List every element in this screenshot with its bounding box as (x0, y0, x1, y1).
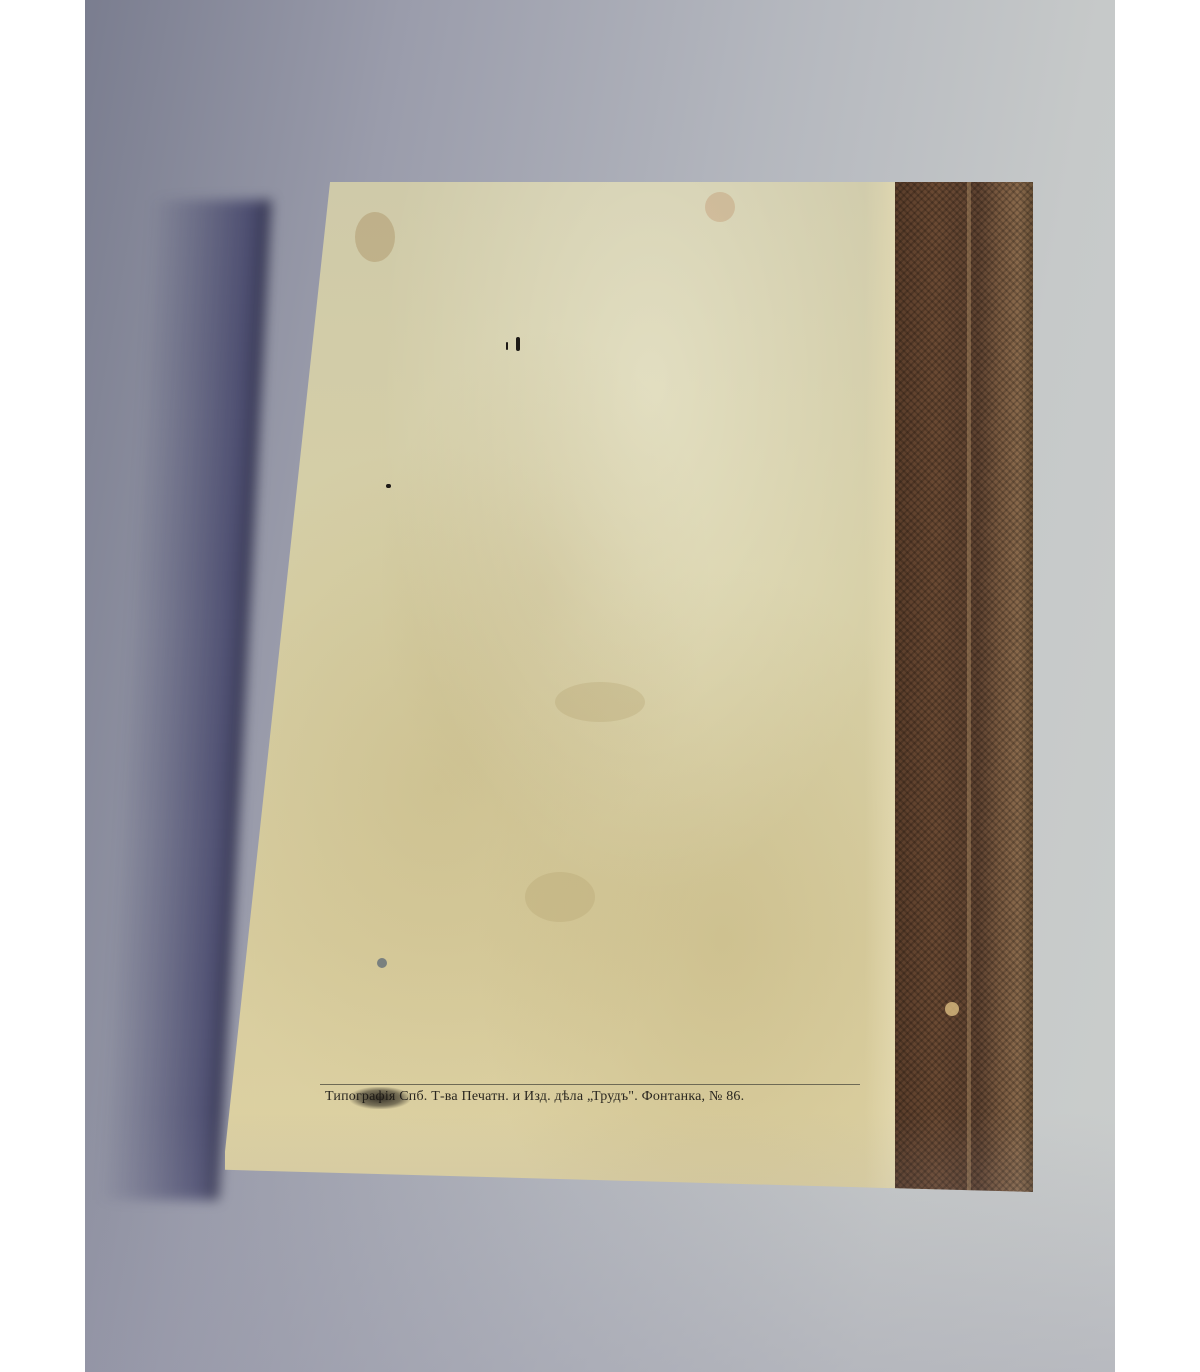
imprint-rule (320, 1084, 860, 1085)
stain-top-left (355, 212, 395, 262)
photo-background: Типографія Спб. Т-ва Печатн. и Изд. дѣла… (85, 0, 1115, 1372)
spine-fold (967, 182, 971, 1192)
cloth-spine (895, 182, 1033, 1192)
book-back-cover: Типографія Спб. Т-ва Печатн. и Изд. дѣла… (225, 182, 1033, 1192)
ink-smudge (350, 1087, 410, 1109)
stain-center (555, 682, 645, 722)
ink-mark-left (386, 484, 391, 488)
ink-mark-top (516, 337, 520, 351)
ink-mark-top-small (506, 342, 508, 350)
stain-blue-dot (377, 958, 387, 968)
stain-lower (525, 872, 595, 922)
spine-wear-spot (945, 1002, 959, 1016)
stain-top-right (705, 192, 735, 222)
